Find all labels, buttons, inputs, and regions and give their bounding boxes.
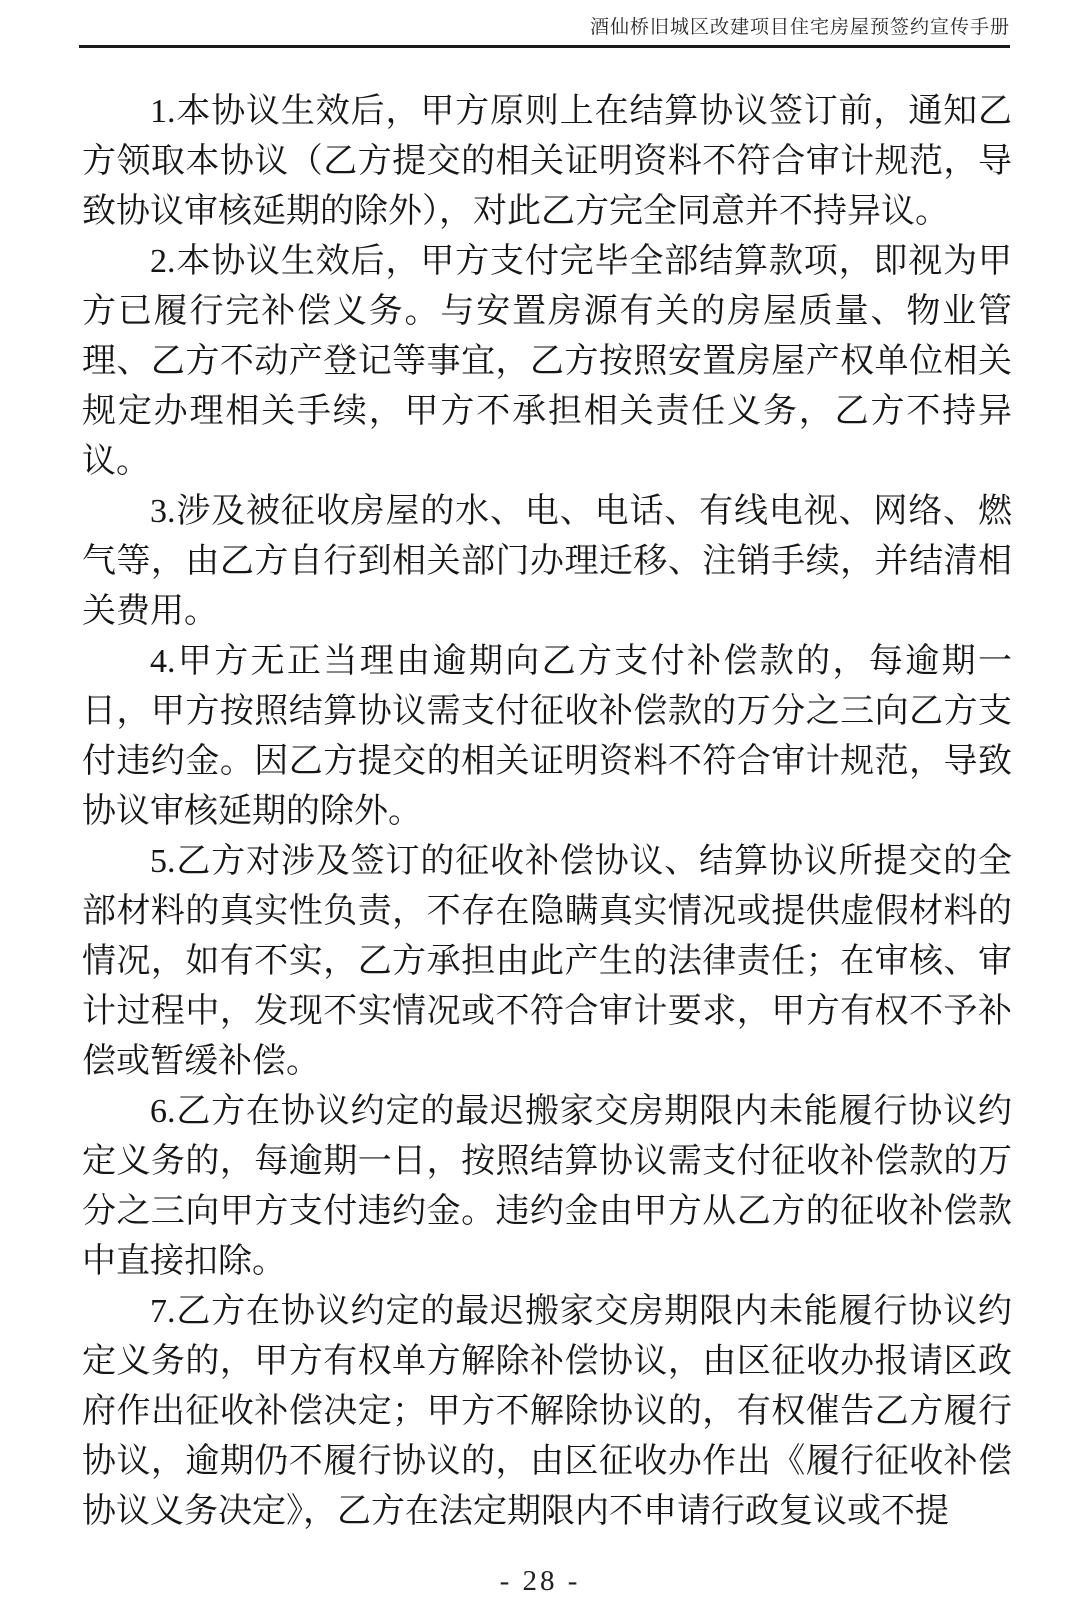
page-number: - 28 -	[0, 1563, 1080, 1599]
paragraph-clause-6: 6.乙方在协议约定的最迟搬家交房期限内未能履行协议约定义务的，每逾期一日，按照结…	[82, 1087, 1012, 1287]
paragraph-clause-2: 2.本协议生效后，甲方支付完毕全部结算款项，即视为甲方已履行完补偿义务。与安置房…	[82, 237, 1012, 487]
page-header-title: 酒仙桥旧城区改建项目住宅房屋预签约宣传手册	[80, 14, 1010, 42]
document-body: 1.本协议生效后，甲方原则上在结算协议签订前，通知乙方领取本协议（乙方提交的相关…	[82, 87, 1012, 1537]
paragraph-clause-1: 1.本协议生效后，甲方原则上在结算协议签订前，通知乙方领取本协议（乙方提交的相关…	[82, 87, 1012, 237]
paragraph-clause-4: 4.甲方无正当理由逾期向乙方支付补偿款的，每逾期一日，甲方按照结算协议需支付征收…	[82, 637, 1012, 837]
paragraph-clause-3: 3.涉及被征收房屋的水、电、电话、有线电视、网络、燃气等，由乙方自行到相关部门办…	[82, 487, 1012, 637]
header-rule	[79, 45, 1010, 48]
paragraph-clause-5: 5.乙方对涉及签订的征收补偿协议、结算协议所提交的全部材料的真实性负责，不存在隐…	[82, 837, 1012, 1087]
handbook-page: 酒仙桥旧城区改建项目住宅房屋预签约宣传手册 1.本协议生效后，甲方原则上在结算协…	[0, 0, 1080, 1605]
paragraph-clause-7: 7.乙方在协议约定的最迟搬家交房期限内未能履行协议约定义务的，甲方有权单方解除补…	[82, 1287, 1012, 1537]
